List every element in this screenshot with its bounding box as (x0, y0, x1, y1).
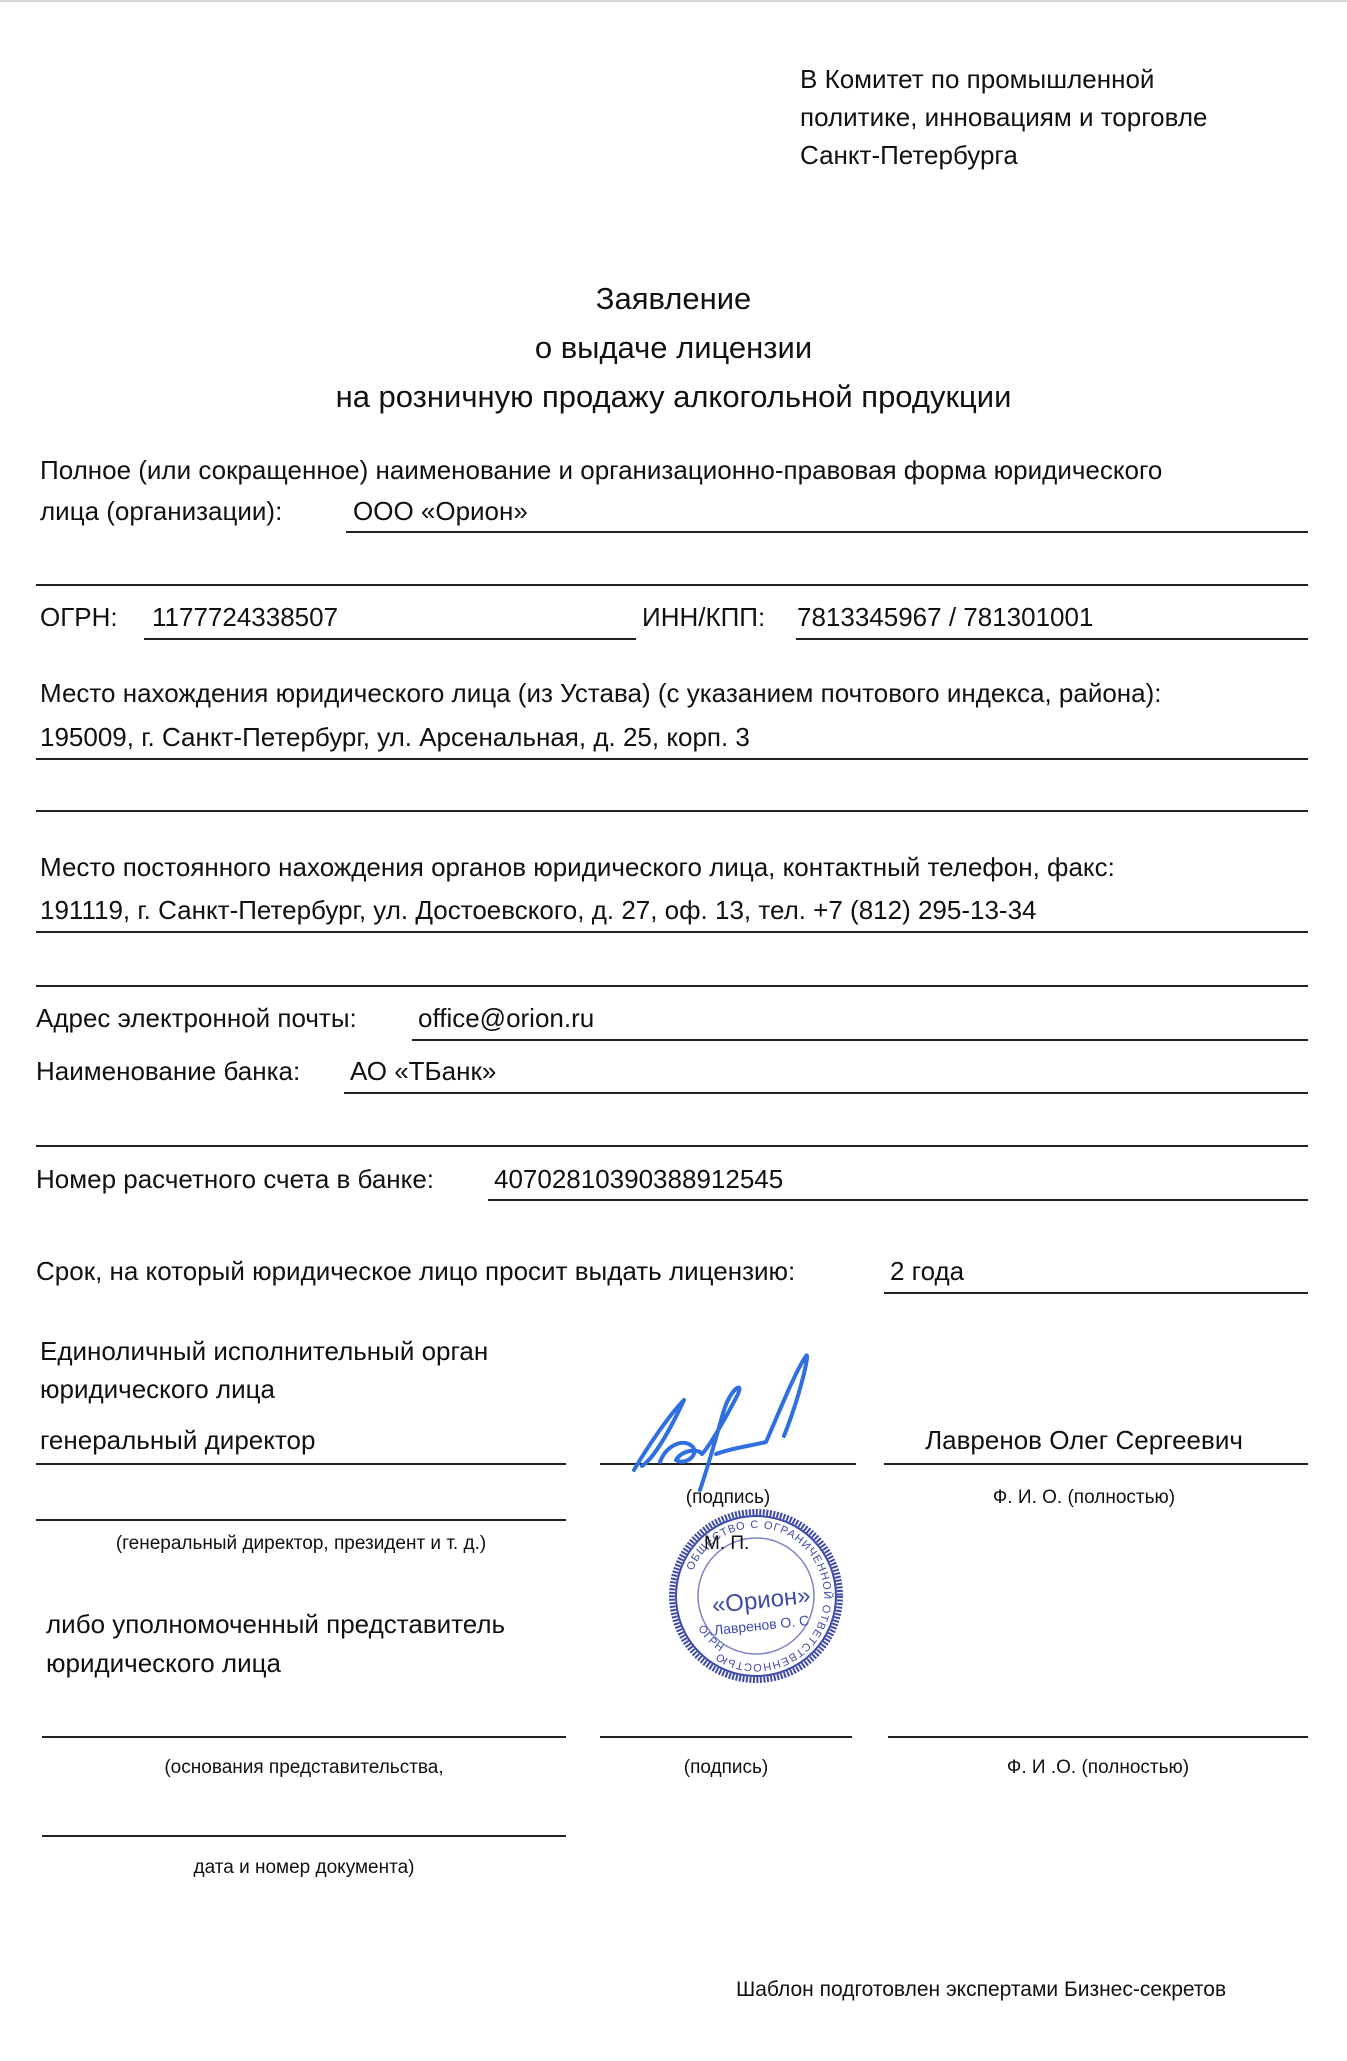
page-top-border (0, 0, 1347, 2)
executive-label: юридического лица (40, 1370, 275, 1408)
field-underline (36, 1145, 1308, 1147)
addressee-line: В Комитет по промышленной (800, 60, 1320, 98)
term-value[interactable]: 2 года (890, 1252, 964, 1290)
field-underline (36, 810, 1308, 812)
field-underline (488, 1199, 1308, 1201)
ogrn-value[interactable]: 1177724338507 (152, 598, 338, 636)
term-label: Срок, на который юридическое лицо просит… (36, 1252, 795, 1290)
basis-caption: (основания представительства, (42, 1756, 566, 1780)
basis-caption: дата и номер документа) (42, 1856, 566, 1880)
field-underline (36, 931, 1308, 933)
executive-label: Единоличный исполнительный орган (40, 1332, 488, 1370)
field-underline (36, 584, 1308, 586)
addressee-line: политике, инновациям и торговле (800, 98, 1320, 136)
name-caption: Ф. И .О. (полностью) (888, 1756, 1308, 1780)
field-underline (796, 638, 1308, 640)
ogrn-label: ОГРН: (40, 598, 118, 636)
organization-label: Полное (или сокращенное) наименование и … (40, 451, 1162, 489)
field-underline (36, 1519, 566, 1521)
field-underline (346, 531, 1308, 533)
director-full-name[interactable]: Лавренов Олег Сергеевич (884, 1421, 1284, 1459)
document-title: Заявление (0, 274, 1347, 323)
account-value[interactable]: 40702810390388912545 (494, 1160, 783, 1198)
actual-address-label: Место постоянного нахождения органов юри… (40, 848, 1115, 886)
field-underline (144, 638, 636, 640)
document-subtitle: о выдаче лицензии (0, 323, 1347, 372)
field-underline (344, 1092, 1308, 1094)
inn-kpp-value[interactable]: 7813345967 / 781301001 (797, 598, 1093, 636)
name-caption: Ф. И. О. (полностью) (884, 1486, 1284, 1510)
position-caption: (генеральный директор, президент и т. д.… (36, 1532, 566, 1556)
representative-label: юридического лица (46, 1644, 281, 1682)
field-underline (42, 1736, 566, 1738)
actual-address-value[interactable]: 191119, г. Санкт-Петербург, ул. Достоевс… (40, 891, 1037, 929)
bank-label: Наименование банка: (36, 1052, 300, 1090)
representative-label: либо уполномоченный представитель (46, 1605, 505, 1643)
organization-label: лица (организации): (40, 492, 282, 530)
document-subtitle: на розничную продажу алкогольной продукц… (0, 372, 1347, 421)
executive-position-value[interactable]: генеральный директор (40, 1421, 315, 1459)
signature-caption: (подпись) (600, 1756, 852, 1780)
field-underline (412, 1039, 1308, 1041)
addressee-line: Санкт-Петербурга (800, 136, 1320, 174)
handwritten-signature-icon (620, 1350, 870, 1510)
footer-credit: Шаблон подготовлен экспертами Бизнес-сек… (736, 1976, 1226, 2004)
signature-line (600, 1736, 852, 1738)
organization-value[interactable]: ООО «Орион» (353, 492, 528, 530)
field-underline (884, 1463, 1308, 1465)
email-label: Адрес электронной почты: (36, 999, 357, 1037)
bank-value[interactable]: АО «ТБанк» (350, 1052, 496, 1090)
field-underline (884, 1292, 1308, 1294)
account-label: Номер расчетного счета в банке: (36, 1160, 434, 1198)
stamp-place-label: М. П. (704, 1532, 749, 1556)
email-value[interactable]: office@orion.ru (418, 999, 594, 1037)
field-underline (36, 985, 1308, 987)
field-underline (42, 1835, 566, 1837)
inn-kpp-label: ИНН/КПП: (642, 598, 765, 636)
company-seal-icon: ОБЩЕСТВО С ОГРАНИЧЕННОЙ ОТВЕТСТВЕННОСТЬЮ… (668, 1508, 844, 1684)
legal-address-value[interactable]: 195009, г. Санкт-Петербург, ул. Арсеналь… (40, 718, 750, 756)
field-underline (888, 1736, 1308, 1738)
addressee-block: В Комитет по промышленной политике, инно… (800, 60, 1320, 174)
field-underline (36, 758, 1308, 760)
legal-address-label: Место нахождения юридического лица (из У… (40, 674, 1162, 712)
field-underline (36, 1463, 566, 1465)
